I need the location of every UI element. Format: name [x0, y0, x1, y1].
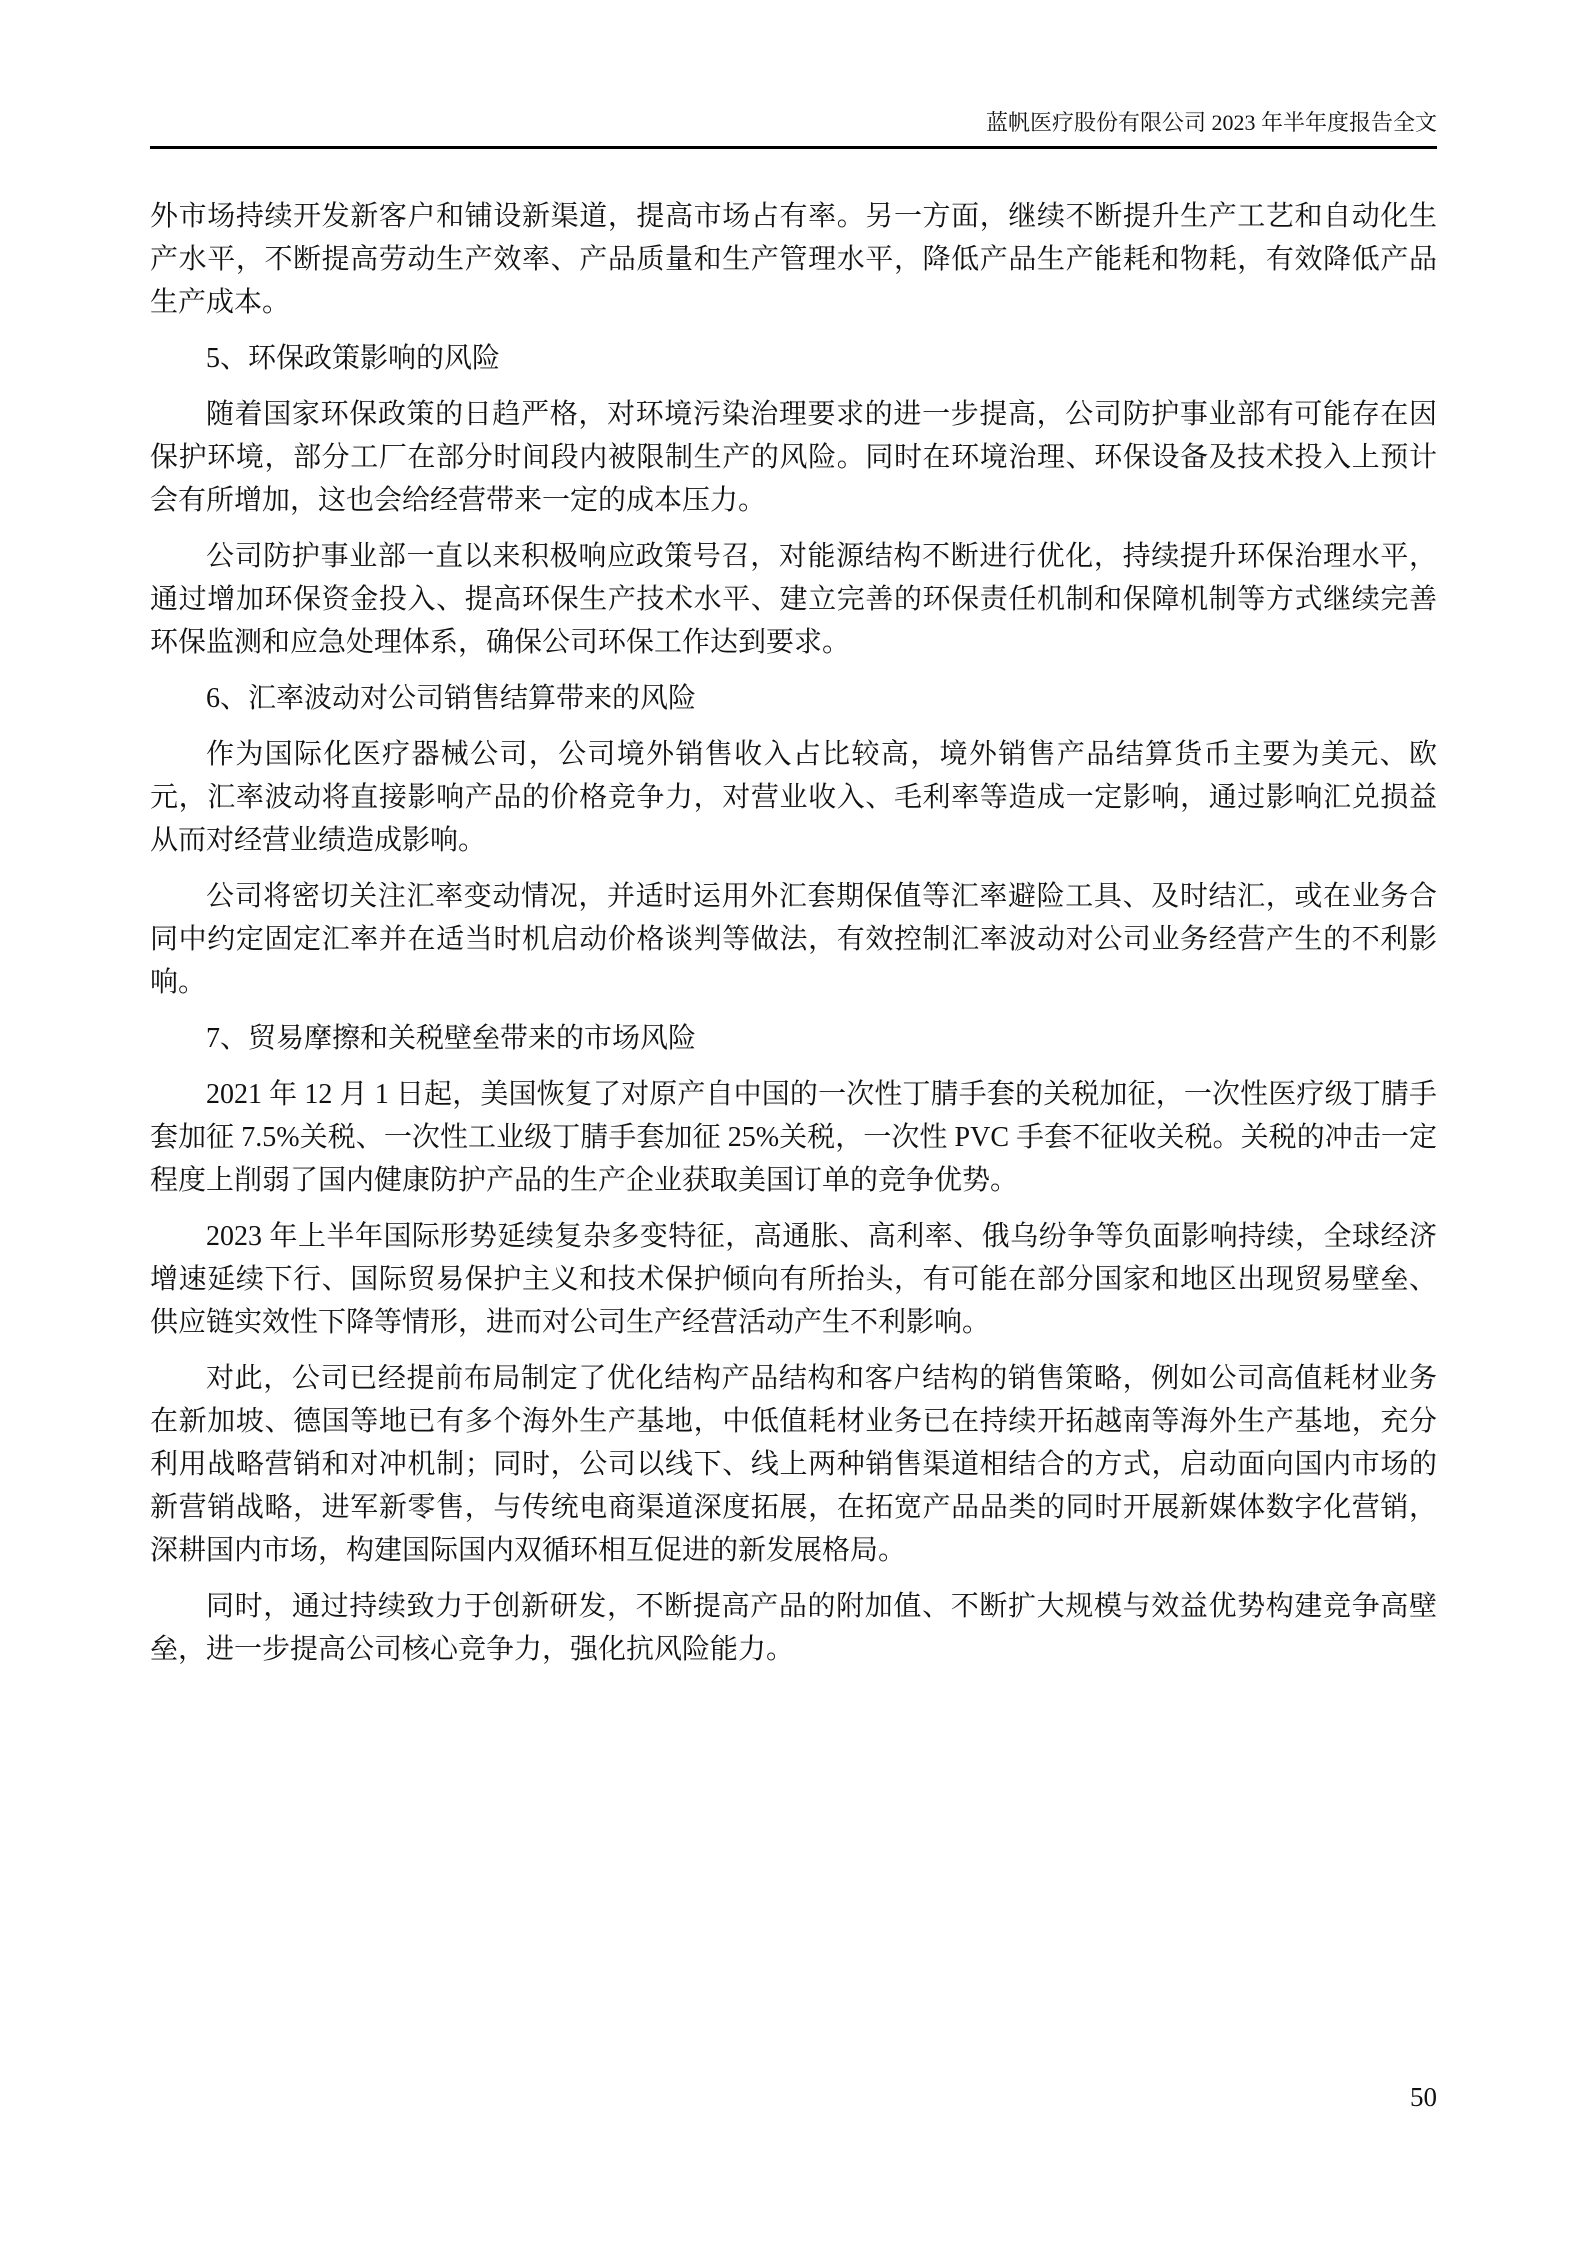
- running-header: 蓝帆医疗股份有限公司 2023 年半年度报告全文: [986, 110, 1437, 136]
- page-number: 50: [1410, 2082, 1437, 2112]
- paragraph: 外市场持续开发新客户和铺设新渠道，提高市场占有率。另一方面，继续不断提升生产工艺…: [150, 195, 1437, 324]
- section-heading: 7、贸易摩擦和关税壁垒带来的市场风险: [150, 1017, 1437, 1060]
- document-body: 外市场持续开发新客户和铺设新渠道，提高市场占有率。另一方面，继续不断提升生产工艺…: [150, 195, 1437, 1671]
- header-rule: [150, 146, 1437, 149]
- section-heading: 6、汇率波动对公司销售结算带来的风险: [150, 677, 1437, 720]
- paragraph: 2021 年 12 月 1 日起，美国恢复了对原产自中国的一次性丁腈手套的关税加…: [150, 1073, 1437, 1202]
- section-heading: 5、环保政策影响的风险: [150, 337, 1437, 380]
- paragraph: 公司将密切关注汇率变动情况，并适时运用外汇套期保值等汇率避险工具、及时结汇，或在…: [150, 875, 1437, 1004]
- paragraph: 2023 年上半年国际形势延续复杂多变特征，高通胀、高利率、俄乌纷争等负面影响持…: [150, 1215, 1437, 1344]
- paragraph: 同时，通过持续致力于创新研发，不断提高产品的附加值、不断扩大规模与效益优势构建竞…: [150, 1585, 1437, 1671]
- paragraph: 公司防护事业部一直以来积极响应政策号召，对能源结构不断进行优化，持续提升环保治理…: [150, 535, 1437, 664]
- paragraph: 作为国际化医疗器械公司，公司境外销售收入占比较高，境外销售产品结算货币主要为美元…: [150, 733, 1437, 862]
- paragraph: 对此，公司已经提前布局制定了优化结构产品结构和客户结构的销售策略，例如公司高值耗…: [150, 1357, 1437, 1572]
- report-page: 蓝帆医疗股份有限公司 2023 年半年度报告全文 外市场持续开发新客户和铺设新渠…: [0, 0, 1587, 2245]
- paragraph: 随着国家环保政策的日趋严格，对环境污染治理要求的进一步提高，公司防护事业部有可能…: [150, 393, 1437, 522]
